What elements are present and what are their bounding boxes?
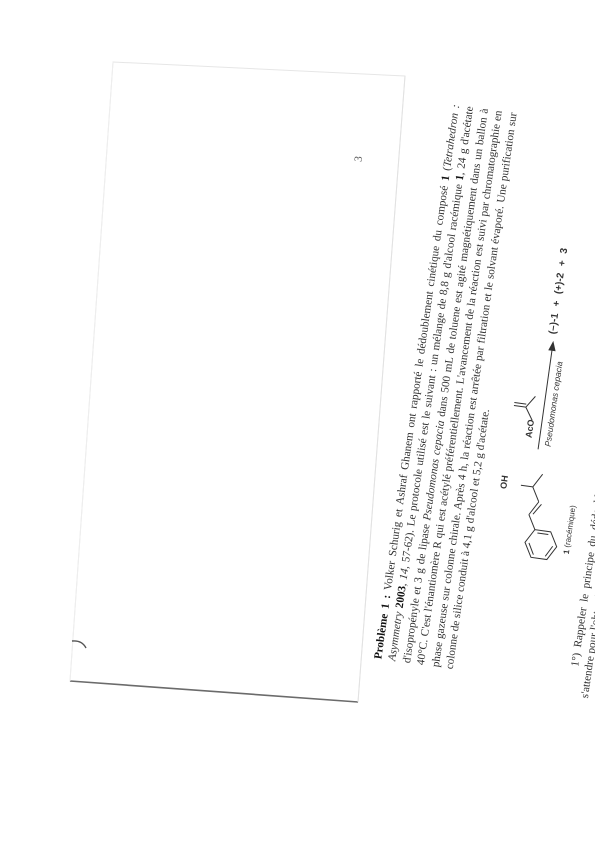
isopropenyl-acetate-icon — [512, 394, 535, 421]
question-number: 1°) — [569, 652, 583, 667]
journal-year: 2003 — [394, 585, 409, 609]
hydroxyl-label: OH — [498, 475, 510, 490]
alkene-chain-icon — [515, 471, 546, 530]
benzene-ring-icon — [523, 528, 559, 560]
